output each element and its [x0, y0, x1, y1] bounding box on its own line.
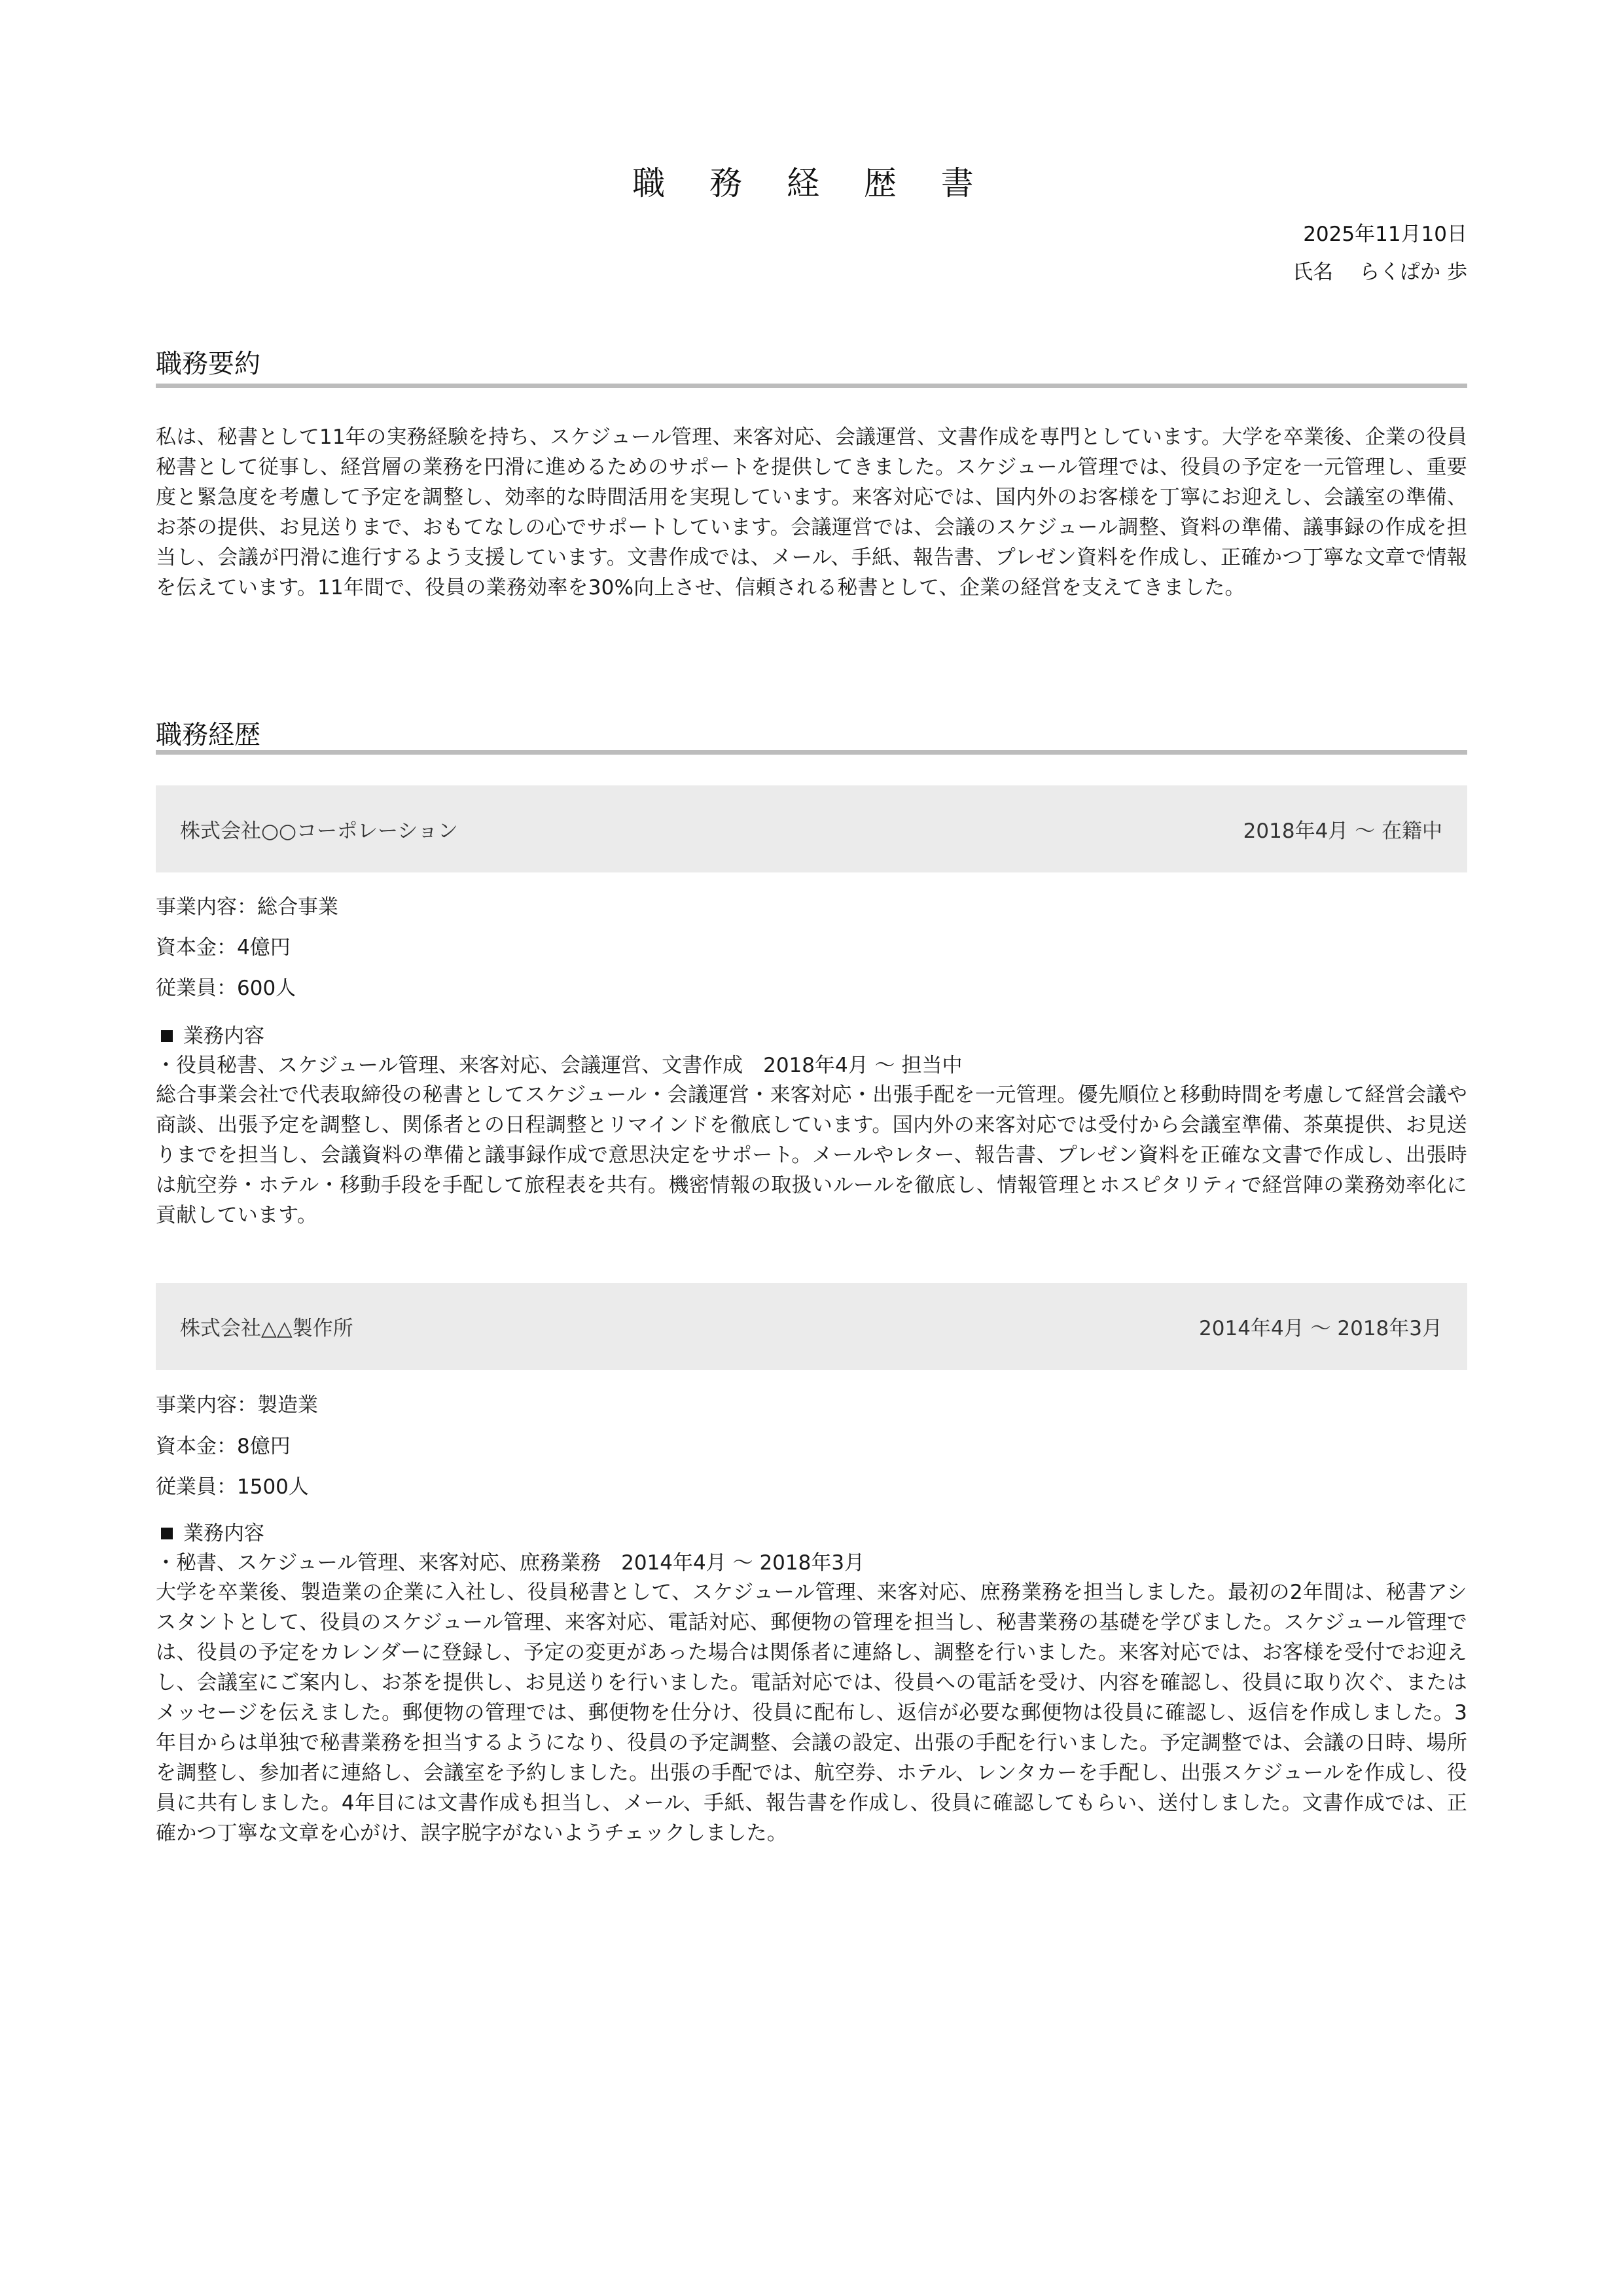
duties-heading: 業務内容 [156, 1520, 264, 1547]
black-square-icon [161, 1528, 173, 1539]
summary-heading: 職務要約 [156, 347, 260, 381]
duties-heading-label: 業務内容 [183, 1520, 264, 1547]
company-capital: 資本金：8億円 [156, 1433, 291, 1460]
career-heading: 職務経歴 [156, 718, 260, 752]
company-employees: 従業員：1500人 [156, 1474, 309, 1500]
duty-description: 総合事業会社で代表取締役の秘書としてスケジュール・会議運営・来客対応・出張手配を… [156, 1080, 1467, 1230]
duty-description: 大学を卒業後、製造業の企業に入社し、役員秘書として、スケジュール管理、来客対応、… [156, 1577, 1467, 1848]
company-capital: 資本金：4億円 [156, 935, 291, 961]
company-period: 2018年4月 〜 在籍中 [1243, 814, 1442, 844]
company-header: 株式会社○○コーポレーション 2018年4月 〜 在籍中 [156, 785, 1467, 872]
company-name: 株式会社○○コーポレーション [180, 814, 458, 844]
document-title: 職 務 経 歴 書 [156, 162, 1467, 204]
summary-divider [156, 384, 1467, 388]
career-divider [156, 750, 1467, 755]
company-header: 株式会社△△製作所 2014年4月 〜 2018年3月 [156, 1283, 1467, 1370]
company-employees: 従業員：600人 [156, 975, 296, 1001]
name-label: 氏名 [1293, 260, 1333, 284]
company-period: 2014年4月 〜 2018年3月 [1199, 1312, 1442, 1341]
black-square-icon [161, 1030, 173, 1042]
applicant-name: 氏名らくぱか 歩 [1293, 259, 1467, 285]
task-line: ・役員秘書、スケジュール管理、来客対応、会議運営、文書作成 2018年4月 〜 … [156, 1052, 962, 1079]
summary-text: 私は、秘書として11年の実務経験を持ち、スケジュール管理、来客対応、会議運営、文… [156, 422, 1467, 603]
name-value: らくぱか 歩 [1359, 260, 1467, 284]
duties-heading-label: 業務内容 [183, 1023, 264, 1049]
company-business: 事業内容：総合事業 [156, 894, 338, 920]
document-date: 2025年11月10日 [1303, 221, 1467, 247]
company-business: 事業内容：製造業 [156, 1392, 318, 1418]
company-name: 株式会社△△製作所 [180, 1312, 353, 1341]
task-line: ・秘書、スケジュール管理、来客対応、庶務業務 2014年4月 〜 2018年3月 [156, 1550, 865, 1576]
duties-heading: 業務内容 [156, 1023, 264, 1049]
